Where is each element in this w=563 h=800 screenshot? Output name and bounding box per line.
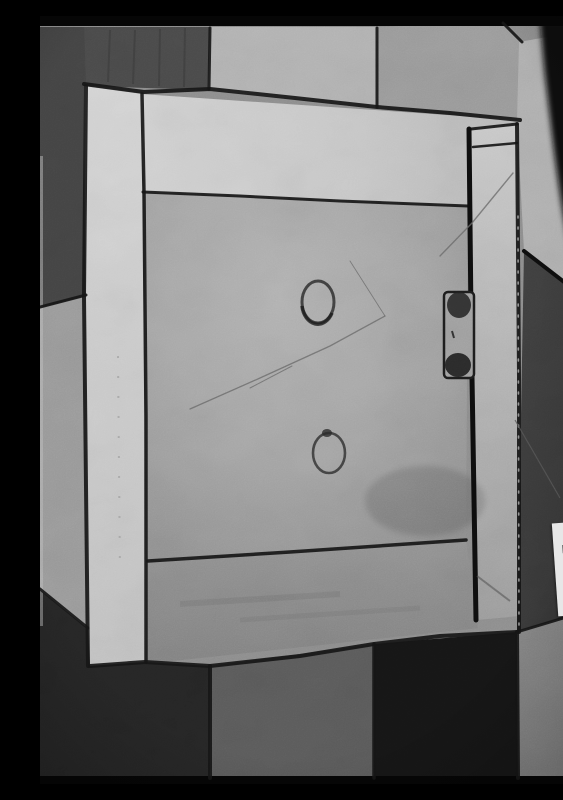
vignette-overlay [40, 16, 563, 784]
photo-scene [40, 16, 563, 784]
catalog-label-text: 420 [556, 539, 563, 598]
photograph: 420 [40, 16, 563, 784]
